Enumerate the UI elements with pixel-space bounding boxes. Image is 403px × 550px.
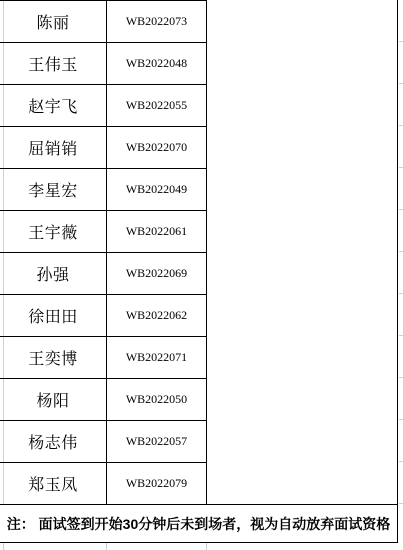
table-row: 孙强 WB2022069 — [0, 253, 207, 295]
candidate-name-cell[interactable]: 王宇薇 — [0, 211, 107, 252]
candidate-id-cell[interactable]: WB2022073 — [107, 1, 207, 42]
candidate-id-cell[interactable]: WB2022048 — [107, 43, 207, 84]
candidate-id-cell[interactable]: WB2022071 — [107, 337, 207, 378]
table-row: 王奕博 WB2022071 — [0, 337, 207, 379]
note-row[interactable]: 注： 面试签到开始30分钟后未到场者，视为自动放弃面试资格 — [0, 504, 398, 543]
candidate-id-cell[interactable]: WB2022062 — [107, 295, 207, 336]
candidate-name-cell[interactable]: 杨阳 — [0, 379, 107, 420]
table-row: 屈销销 WB2022070 — [0, 127, 207, 169]
candidate-id-cell[interactable]: WB2022050 — [107, 379, 207, 420]
candidate-id-cell[interactable]: WB2022061 — [107, 211, 207, 252]
candidate-id-cell[interactable]: WB2022057 — [107, 421, 207, 462]
candidate-id-cell[interactable]: WB2022070 — [107, 127, 207, 168]
candidate-name-cell[interactable]: 郑玉凤 — [0, 463, 107, 504]
spreadsheet-sheet: 陈丽 WB2022073 王伟玉 WB2022048 赵宇飞 WB2022055… — [0, 0, 403, 550]
table-row: 郑玉凤 WB2022079 — [0, 463, 207, 505]
candidate-name-cell[interactable]: 屈销销 — [0, 127, 107, 168]
candidate-name-cell[interactable]: 陈丽 — [0, 1, 107, 42]
table-row: 王伟玉 WB2022048 — [0, 43, 207, 85]
empty-merged-cell[interactable] — [207, 0, 398, 505]
table-row: 徐田田 WB2022062 — [0, 295, 207, 337]
candidate-id-cell[interactable]: WB2022049 — [107, 169, 207, 210]
gridline-stub — [106, 543, 107, 550]
table-row: 王宇薇 WB2022061 — [0, 211, 207, 253]
interview-roster-table: 陈丽 WB2022073 王伟玉 WB2022048 赵宇飞 WB2022055… — [0, 0, 207, 505]
table-row: 杨志伟 WB2022057 — [0, 421, 207, 463]
table-row: 陈丽 WB2022073 — [0, 1, 207, 43]
candidate-id-cell[interactable]: WB2022069 — [107, 253, 207, 294]
candidate-name-cell[interactable]: 杨志伟 — [0, 421, 107, 462]
candidate-name-cell[interactable]: 徐田田 — [0, 295, 107, 336]
note-text: 注： 面试签到开始30分钟后未到场者，视为自动放弃面试资格 — [7, 514, 390, 534]
gridline-stub — [206, 543, 207, 550]
gridline-stubs-right — [399, 0, 403, 505]
table-row: 李星宏 WB2022049 — [0, 169, 207, 211]
table-row: 赵宇飞 WB2022055 — [0, 85, 207, 127]
candidate-name-cell[interactable]: 王伟玉 — [0, 43, 107, 84]
candidate-name-cell[interactable]: 李星宏 — [0, 169, 107, 210]
table-row: 杨阳 WB2022050 — [0, 379, 207, 421]
candidate-id-cell[interactable]: WB2022055 — [107, 85, 207, 126]
candidate-name-cell[interactable]: 赵宇飞 — [0, 85, 107, 126]
candidate-name-cell[interactable]: 王奕博 — [0, 337, 107, 378]
candidate-name-cell[interactable]: 孙强 — [0, 253, 107, 294]
candidate-id-cell[interactable]: WB2022079 — [107, 463, 207, 504]
